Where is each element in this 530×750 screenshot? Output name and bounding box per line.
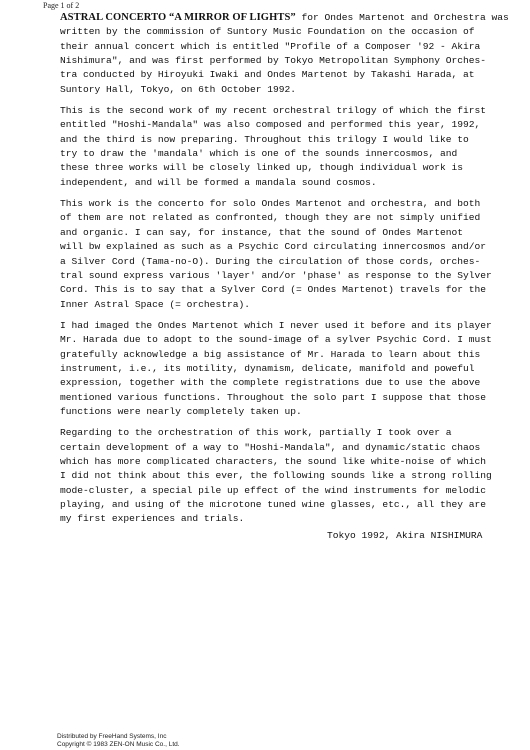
text-line: and the third is now preparing. Througho… bbox=[60, 134, 469, 145]
text-line: functions were nearly completely taken u… bbox=[60, 406, 302, 417]
text-line: these three works will be closely linked… bbox=[60, 162, 463, 173]
text-line: written by the commission of Suntory Mus… bbox=[60, 26, 475, 37]
text-line: certain development of a way to "Hoshi-M… bbox=[60, 442, 480, 453]
text-line: expression, together with the complete r… bbox=[60, 377, 480, 388]
text-line: my first experiences and trials. bbox=[60, 513, 244, 524]
text-line: their annual concert which is entitled "… bbox=[60, 41, 480, 52]
text-line: mentioned various functions. Throughout … bbox=[60, 392, 486, 403]
text-line: a Silver Cord (Tama-no-O). During the ci… bbox=[60, 256, 480, 267]
text-line: Cord. This is to say that a Sylver Cord … bbox=[60, 284, 486, 295]
text-line: gratefully acknowledge a big assistance … bbox=[60, 349, 480, 360]
text-line: mode-cluster, a special pile up effect o… bbox=[60, 485, 486, 496]
text-line: playing, and using of the microtone tune… bbox=[60, 499, 486, 510]
distributor-line: Distributed by FreeHand Systems, Inc bbox=[57, 733, 180, 741]
text-line: try to draw the 'mandala' which is one o… bbox=[60, 148, 457, 159]
paragraph-3: This work is the concerto for solo Ondes… bbox=[60, 197, 520, 312]
text-line: Mr. Harada due to adopt to the sound-ima… bbox=[60, 334, 492, 345]
page-indicator: Page 1 of 2 bbox=[43, 1, 79, 10]
text-line: I had imaged the Ondes Martenot which I … bbox=[60, 320, 492, 331]
footer: Distributed by FreeHand Systems, Inc Cop… bbox=[57, 733, 180, 749]
document-body: ASTRAL CONCERTO “A MIRROR OF LIGHTS” for… bbox=[60, 11, 520, 534]
text-line: Nishimura", and was first performed by T… bbox=[60, 55, 486, 66]
text-line: tral sound express various 'layer' and/o… bbox=[60, 270, 492, 281]
text-line: Inner Astral Space (= orchestra). bbox=[60, 299, 250, 310]
text-line: instrument, i.e., its motility, dynamism… bbox=[60, 363, 475, 374]
text-line: for Ondes Martenot and Orchestra was bbox=[296, 12, 509, 23]
signature: Tokyo 1992, Akira NISHIMURA bbox=[327, 530, 482, 541]
text-line: independent, and will be formed a mandal… bbox=[60, 177, 377, 188]
text-line: entitled "Hoshi-Mandala" was also compos… bbox=[60, 119, 480, 130]
text-line: Regarding to the orchestration of this w… bbox=[60, 427, 452, 438]
text-line: I did not think about this ever, the fol… bbox=[60, 470, 492, 481]
paragraph-2: This is the second work of my recent orc… bbox=[60, 104, 520, 190]
text-line: and organic. I can say, for instance, th… bbox=[60, 227, 463, 238]
copyright-line: Copyright © 1983 ZEN-ON Music Co., Ltd. bbox=[57, 741, 180, 749]
paragraph-5: Regarding to the orchestration of this w… bbox=[60, 426, 520, 526]
text-line: of them are not related as confronted, t… bbox=[60, 212, 480, 223]
paragraph-4: I had imaged the Ondes Martenot which I … bbox=[60, 319, 520, 419]
text-line: will bw explained as such as a Psychic C… bbox=[60, 241, 486, 252]
text-line: This is the second work of my recent orc… bbox=[60, 105, 486, 116]
paragraph-1: ASTRAL CONCERTO “A MIRROR OF LIGHTS” for… bbox=[60, 11, 520, 97]
document-title: ASTRAL CONCERTO “A MIRROR OF LIGHTS” bbox=[60, 12, 296, 23]
text-line: Suntory Hall, Tokyo, on 6th October 1992… bbox=[60, 84, 296, 95]
text-line: which has more complicated characters, t… bbox=[60, 456, 486, 467]
text-line: tra conducted by Hiroyuki Iwaki and Onde… bbox=[60, 69, 475, 80]
text-line: This work is the concerto for solo Ondes… bbox=[60, 198, 480, 209]
